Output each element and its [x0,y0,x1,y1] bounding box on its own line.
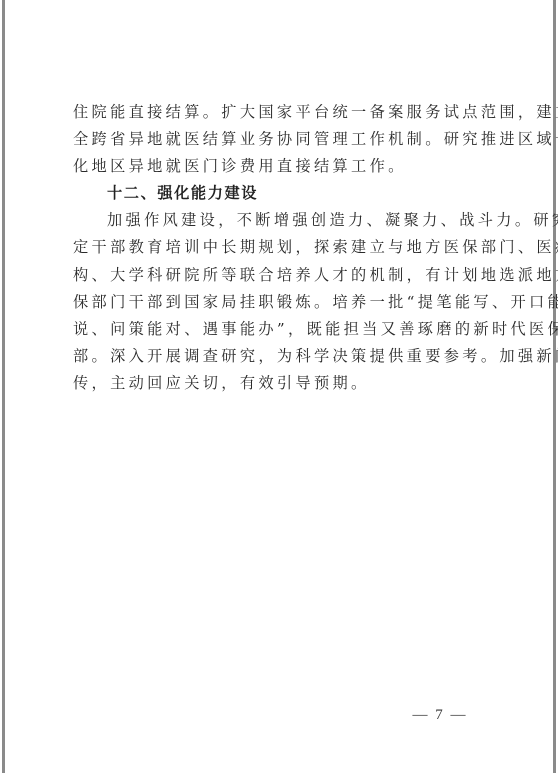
page-number: — 7 — [400,707,480,724]
paragraph-line: 构、大学科研院所等联合培养人才的机制，有计划地选派地方医 [73,264,485,291]
document-body: 住院能直接结算。扩大国家平台统一备案服务试点范围，建立健 全跨省异地就医结算业务… [73,101,485,399]
section-heading: 十二、强化能力建设 [73,182,485,209]
paragraph-line: 加强作风建设，不断增强创造力、凝聚力、战斗力。研究制 [73,209,485,236]
page-border-left [2,0,5,773]
document-page: 住院能直接结算。扩大国家平台统一备案服务试点范围，建立健 全跨省异地就医结算业务… [0,0,558,773]
paragraph-line: 部。深入开展调查研究，为科学决策提供重要参考。加强新闻宣 [73,345,485,372]
paragraph-line: 化地区异地就医门诊费用直接结算工作。 [73,155,485,182]
paragraph-line: 定干部教育培训中长期规划，探索建立与地方医保部门、医疗机 [73,236,485,263]
paragraph-line: 保部门干部到国家局挂职锻炼。培养一批“提笔能写、开口能 [73,291,485,318]
paragraph-line: 说、问策能对、遇事能办”，既能担当又善琢磨的新时代医保干 [73,318,485,345]
paragraph-line: 全跨省异地就医结算业务协同管理工作机制。研究推进区域一体 [73,128,485,155]
paragraph-line: 住院能直接结算。扩大国家平台统一备案服务试点范围，建立健 [73,101,485,128]
paragraph-line: 传，主动回应关切，有效引导预期。 [73,372,485,399]
